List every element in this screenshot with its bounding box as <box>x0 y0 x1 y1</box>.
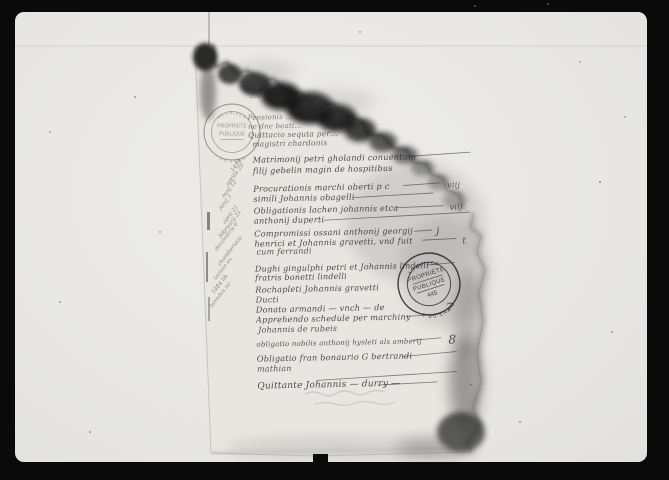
smoke-wash <box>235 62 295 82</box>
stamp-center-line1: PROPRIETE <box>217 123 247 129</box>
dust-speck <box>579 61 580 62</box>
amount-annotation: viij <box>447 180 460 189</box>
smoke-wash <box>225 438 445 458</box>
manuscript-line: Ducti <box>254 294 279 305</box>
dust-speck <box>59 301 61 303</box>
amount-annotation: viij <box>450 202 463 211</box>
dust-speck <box>89 431 91 433</box>
smoke-wash <box>295 90 375 114</box>
dust-speck <box>159 231 160 232</box>
manuscript-line: anthonij duperti <box>254 214 325 225</box>
frame-dust-speck <box>547 3 549 5</box>
stamp-center-line2: PUBLIQUE <box>219 132 245 138</box>
dust-speck <box>359 31 360 32</box>
dust-speck <box>49 131 50 132</box>
manuscript-line: mathian <box>257 364 292 374</box>
burn-blob <box>369 132 397 152</box>
scan-area: …um petri b… Pensionis … defuxi ne dne b… <box>15 12 647 462</box>
manuscript-page: …um petri b… Pensionis … defuxi ne dne b… <box>193 43 490 458</box>
manuscript-line: magistri chardonis <box>252 138 327 149</box>
ink-tick <box>206 252 208 282</box>
manuscript-line: Johannis de rubeis <box>256 324 337 335</box>
frame-dust-speck <box>474 5 476 7</box>
manuscript-scan-svg: …um petri b… Pensionis … defuxi ne dne b… <box>15 12 647 462</box>
dust-speck <box>611 331 613 333</box>
amount-annotation: t <box>462 236 466 246</box>
amount-annotation: . <box>469 377 473 388</box>
manuscript-line: simili Johannis obagelli <box>253 192 355 204</box>
microfilm-frame: { "colors": { "frame": "#0a0a0a", "scan_… <box>0 0 669 480</box>
amount-annotation: 8 <box>448 332 456 346</box>
manuscript-line: …um petri b… <box>249 91 303 100</box>
dust-speck <box>134 96 136 98</box>
dust-speck <box>599 181 601 183</box>
dust-speck <box>519 421 521 423</box>
ink-tick <box>208 297 210 321</box>
manuscript-line: cum ferrandi <box>256 246 312 256</box>
dust-speck <box>624 116 625 117</box>
film-notch <box>313 454 328 466</box>
ink-tick <box>207 212 210 230</box>
